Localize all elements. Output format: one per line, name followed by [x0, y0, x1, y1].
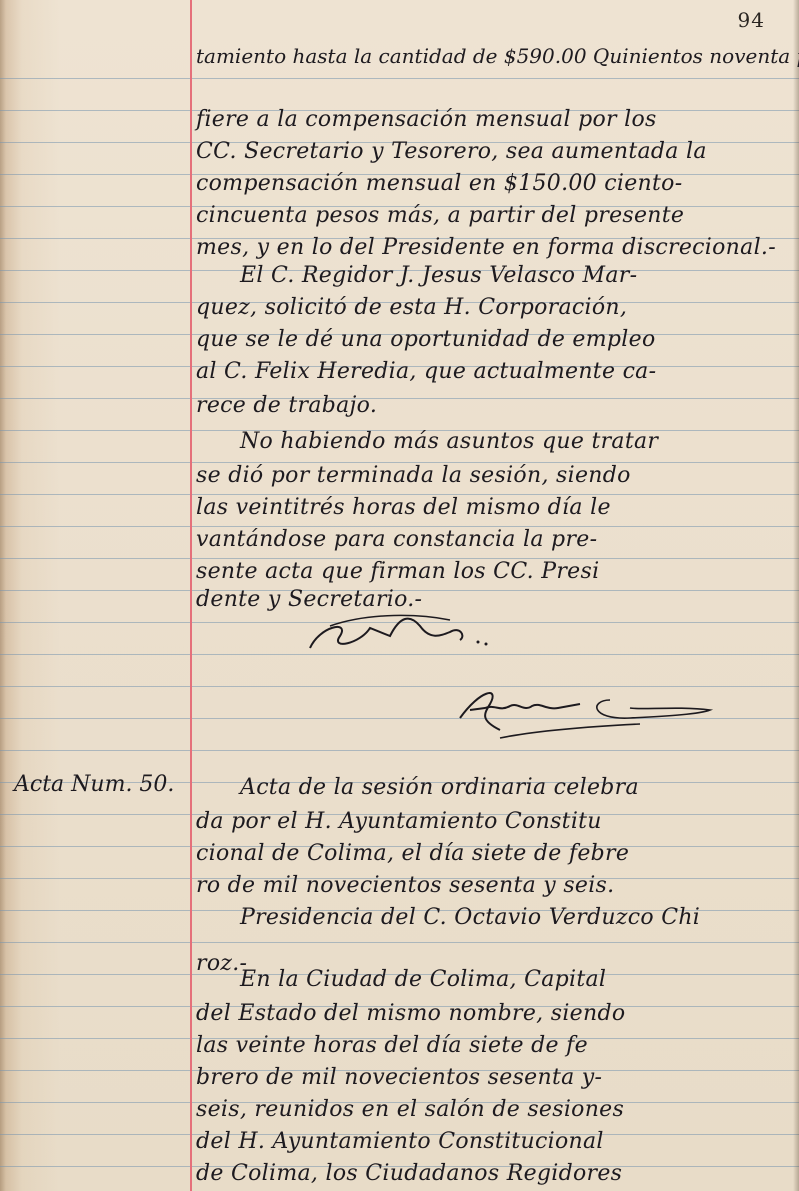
- page-number: 94: [738, 8, 765, 32]
- ruled-line: [0, 942, 799, 943]
- text-line: quez, solicitó de esta H. Corporación,: [196, 294, 789, 322]
- text-line: Acta de la sesión ordinaria celebra: [240, 774, 789, 802]
- ledger-page: 94 tamiento hasta la cantidad de $590.00…: [0, 0, 799, 1191]
- text-line: Presidencia del C. Octavio Verduzco Chi: [240, 904, 789, 932]
- red-margin-line: [190, 0, 192, 1191]
- text-line: de Colima, los Ciudadanos Regidores: [196, 1160, 789, 1188]
- ruled-line: [0, 750, 799, 751]
- text-line: mes, y en lo del Presidente en forma dis…: [196, 234, 789, 262]
- text-line: sente acta que firman los CC. Presi: [196, 558, 789, 586]
- text-line: fiere a la compensación mensual por los: [196, 106, 789, 134]
- text-line: rece de trabajo.: [196, 392, 789, 420]
- text-line: las veintitrés horas del mismo día le: [196, 494, 789, 522]
- text-line: CC. Secretario y Tesorero, sea aumentada…: [196, 138, 789, 166]
- text-line: seis, reunidos en el salón de sesiones: [196, 1096, 789, 1124]
- text-line: No habiendo más asuntos que tratar: [240, 428, 789, 456]
- text-line: cional de Colima, el día siete de febre: [196, 840, 789, 868]
- text-line: compensación mensual en $150.00 ciento-: [196, 170, 789, 198]
- text-line: brero de mil novecientos sesenta y-: [196, 1064, 789, 1092]
- text-line: se dió por terminada la sesión, siendo: [196, 462, 789, 490]
- text-line: ro de mil novecientos sesenta y seis.: [196, 872, 789, 900]
- text-line: El C. Regidor J. Jesus Velasco Mar-: [240, 262, 789, 290]
- text-line: vantándose para constancia la pre-: [196, 526, 789, 554]
- page-edge-shadow: [793, 0, 799, 1191]
- signature-secretary: [440, 680, 720, 740]
- text-line: las veinte horas del día siete de fe: [196, 1032, 789, 1060]
- text-line: En la Ciudad de Colima, Capital: [240, 966, 789, 994]
- text-line: al C. Felix Heredia, que actualmente ca-: [196, 358, 789, 386]
- text-line: tamiento hasta la cantidad de $590.00 Qu…: [196, 42, 789, 70]
- text-line: da por el H. Ayuntamiento Constitu: [196, 808, 789, 836]
- text-line: del Estado del mismo nombre, siendo: [196, 1000, 789, 1028]
- text-line: que se le dé una oportunidad de empleo: [196, 326, 789, 354]
- text-line: cincuenta pesos más, a partir del presen…: [196, 202, 789, 230]
- signature-president: [300, 606, 500, 656]
- text-line: del H. Ayuntamiento Constitucional: [196, 1128, 789, 1156]
- act-number-margin-note: Acta Num. 50.: [14, 772, 174, 797]
- ruled-line: [0, 78, 799, 79]
